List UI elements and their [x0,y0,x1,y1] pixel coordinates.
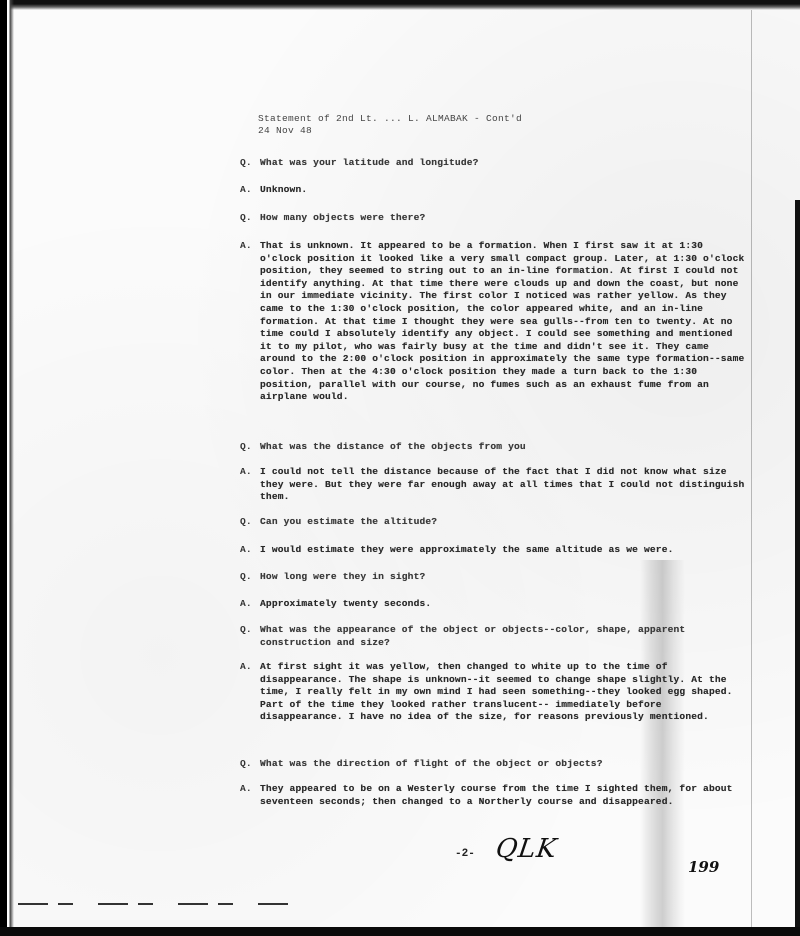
scan-dash-artifact [18,903,288,905]
qa-text: They appeared to be on a Westerly course… [260,783,750,808]
qa-marker: A. [240,544,260,557]
document-title: Statement of 2nd Lt. ... L. ALMABAK - Co… [258,113,522,125]
question-altitude: Q. Can you estimate the altitude? [240,516,750,529]
qa-text: I could not tell the distance because of… [260,466,750,504]
scan-fold-line [751,10,752,927]
answer-distance: A. I could not tell the distance because… [240,466,750,504]
handwritten-initials: QLK [494,834,559,864]
qa-marker: A. [240,661,260,674]
qa-marker: A. [240,240,260,253]
qa-marker: Q. [240,758,260,771]
handwritten-document-number: 199 [688,858,719,876]
scan-border-right [795,200,800,927]
question-direction: Q. What was the direction of flight of t… [240,758,750,771]
document-header: Statement of 2nd Lt. ... L. ALMABAK - Co… [258,113,522,137]
answer-duration: A. Approximately twenty seconds. [240,598,750,611]
qa-marker: A. [240,184,260,197]
answer-latitude: A. Unknown. [240,184,750,197]
scan-border-left [0,0,14,936]
qa-marker: A. [240,466,260,479]
qa-text: That is unknown. It appeared to be a for… [260,240,750,404]
qa-text: Approximately twenty seconds. [260,598,750,611]
answer-appearance: A. At first sight it was yellow, then ch… [240,661,750,724]
answer-direction: A. They appeared to be on a Westerly cou… [240,783,750,808]
qa-text: What was the distance of the objects fro… [260,441,750,454]
scan-border-top [0,0,800,10]
answer-altitude: A. I would estimate they were approximat… [240,544,750,557]
qa-text: At first sight it was yellow, then chang… [260,661,750,724]
question-duration: Q. How long were they in sight? [240,571,750,584]
qa-marker: A. [240,598,260,611]
qa-text: Can you estimate the altitude? [260,516,750,529]
answer-object-count: A. That is unknown. It appeared to be a … [240,240,750,404]
qa-marker: Q. [240,157,260,170]
qa-text: Unknown. [260,184,750,197]
page-number: -2- [455,848,475,860]
qa-marker: Q. [240,441,260,454]
document-date: 24 Nov 48 [258,125,522,137]
qa-marker: Q. [240,516,260,529]
scan-smudge-band [640,560,685,930]
qa-text: What was the appearance of the object or… [260,624,750,649]
qa-marker: Q. [240,212,260,225]
qa-text: How many objects were there? [260,212,750,225]
question-latitude: Q. What was your latitude and longitude? [240,157,750,170]
question-distance: Q. What was the distance of the objects … [240,441,750,454]
qa-text: How long were they in sight? [260,571,750,584]
qa-text: What was your latitude and longitude? [260,157,750,170]
question-appearance: Q. What was the appearance of the object… [240,624,750,649]
qa-text: I would estimate they were approximately… [260,544,750,557]
question-object-count: Q. How many objects were there? [240,212,750,225]
scan-border-bottom [0,927,800,936]
qa-text: What was the direction of flight of the … [260,758,750,771]
qa-marker: Q. [240,624,260,637]
scanned-document-page: Statement of 2nd Lt. ... L. ALMABAK - Co… [0,0,800,936]
qa-marker: A. [240,783,260,796]
qa-marker: Q. [240,571,260,584]
